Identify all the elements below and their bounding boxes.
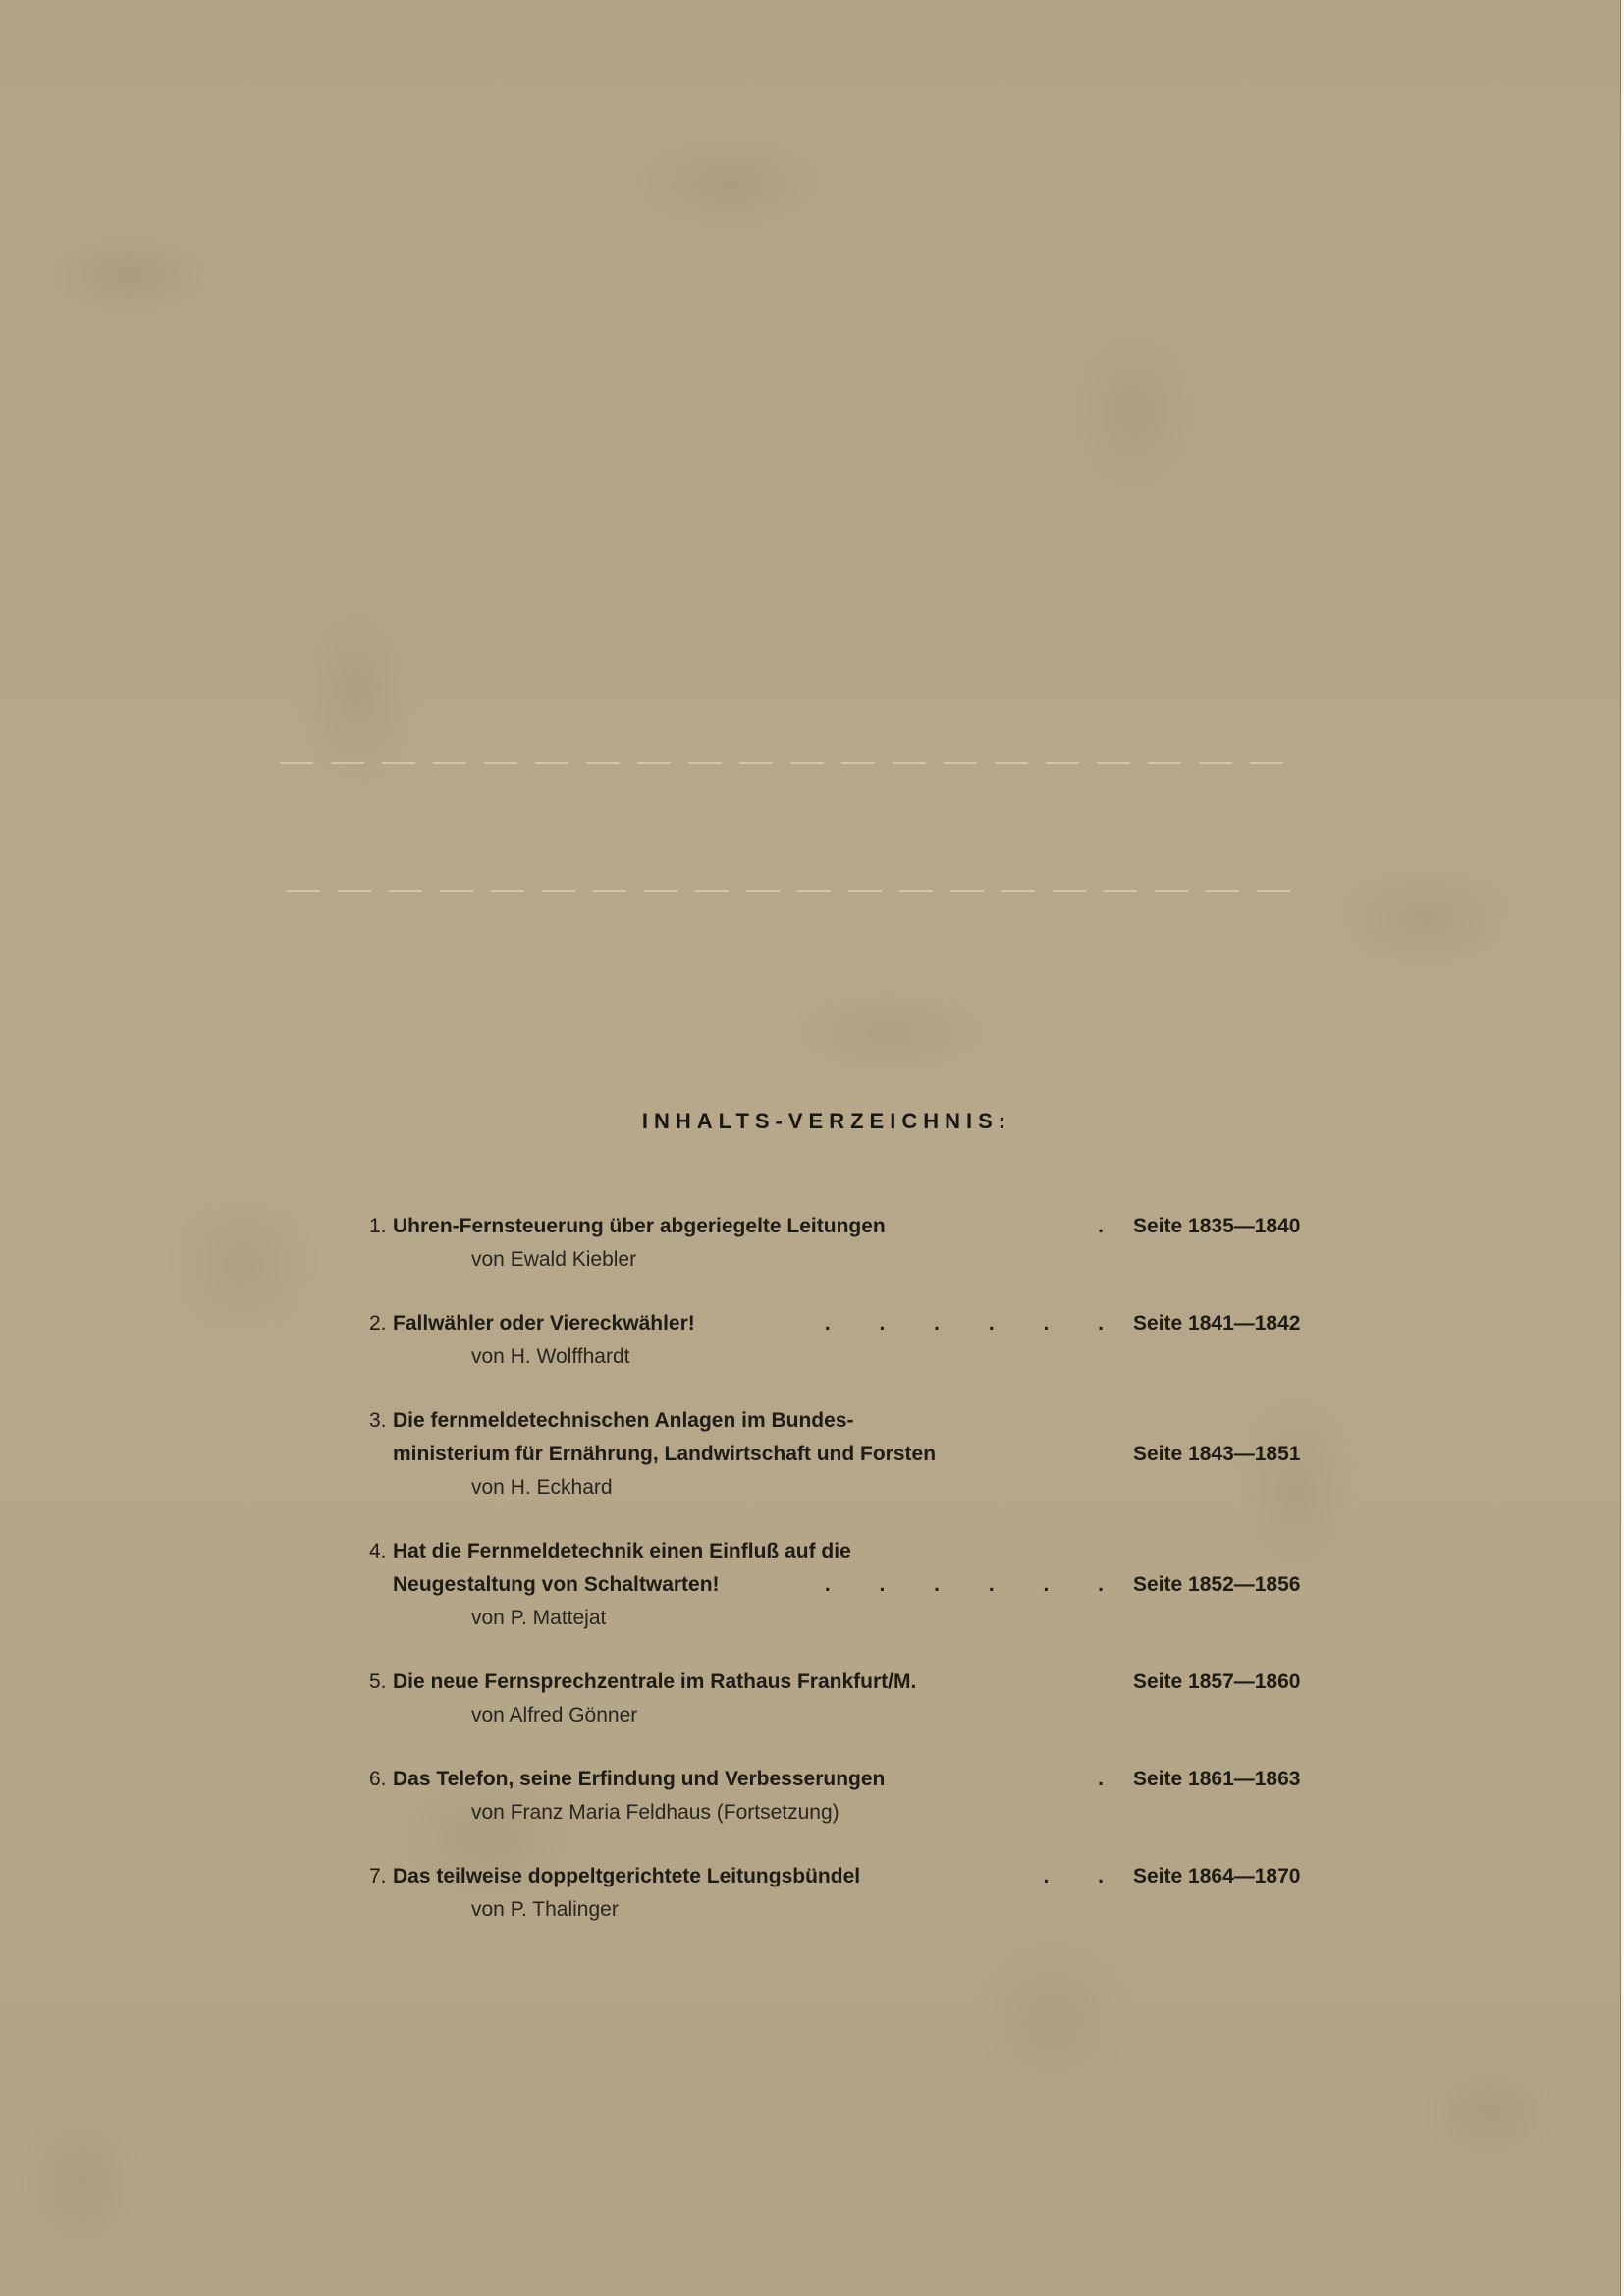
entry-author: von Franz Maria Feldhaus (Fortsetzung) xyxy=(369,1796,1351,1830)
toc-entry-line: 5.Die neue Fernsprechzentrale im Rathaus… xyxy=(369,1666,1351,1699)
entry-author: von H. Wolffhardt xyxy=(369,1340,1351,1374)
entry-title: Fallwähler oder Viereckwähler! xyxy=(393,1307,695,1340)
dot-leader: . xyxy=(886,1210,1133,1243)
toc-entry-line: ministerium für Ernährung, Landwirtschaf… xyxy=(369,1438,1351,1471)
dot-leader: . xyxy=(885,1763,1133,1796)
fold-crease xyxy=(287,890,1298,892)
entry-number: 4. xyxy=(369,1535,393,1568)
entry-number: 1. xyxy=(369,1210,393,1243)
toc-entry-line: Neugestaltung von Schaltwarten!. . . . .… xyxy=(369,1568,1351,1602)
toc-entry: 2.Fallwähler oder Viereckwähler!. . . . … xyxy=(369,1307,1351,1374)
entry-title: Das teilweise doppeltgerichtete Leitungs… xyxy=(393,1860,860,1893)
toc-entry-line: 4.Hat die Fernmeldetechnik einen Einfluß… xyxy=(369,1535,1351,1568)
entry-page-range: Seite 1852—1856 xyxy=(1133,1568,1351,1602)
entry-author: von P. Mattejat xyxy=(369,1602,1351,1635)
dot-leader: . . . . . . xyxy=(695,1307,1133,1340)
toc-entry: 1.Uhren-Fernsteuerung über abgeriegelte … xyxy=(369,1210,1351,1277)
toc-entry-line: 7.Das teilweise doppeltgerichtete Leitun… xyxy=(369,1860,1351,1893)
entry-title: Uhren-Fernsteuerung über abgeriegelte Le… xyxy=(393,1210,886,1243)
entry-title: Die fernmeldetechnischen Anlagen im Bund… xyxy=(393,1404,854,1438)
entry-page-range: Seite 1861—1863 xyxy=(1133,1763,1351,1796)
toc-entry: 7.Das teilweise doppeltgerichtete Leitun… xyxy=(369,1860,1351,1927)
entry-page-range: Seite 1857—1860 xyxy=(1133,1666,1351,1699)
entry-page-range: Seite 1843—1851 xyxy=(1133,1438,1351,1471)
entry-title: Neugestaltung von Schaltwarten! xyxy=(393,1568,720,1602)
toc-entry-line: 1.Uhren-Fernsteuerung über abgeriegelte … xyxy=(369,1210,1351,1243)
toc-entry-line: 2.Fallwähler oder Viereckwähler!. . . . … xyxy=(369,1307,1351,1340)
toc-entry-line: 3.Die fernmeldetechnischen Anlagen im Bu… xyxy=(369,1404,1351,1438)
toc-entry: 4.Hat die Fernmeldetechnik einen Einfluß… xyxy=(369,1535,1351,1635)
entry-title: Hat die Fernmeldetechnik einen Einfluß a… xyxy=(393,1535,851,1568)
entry-author: von H. Eckhard xyxy=(369,1471,1351,1504)
toc-entry: 3.Die fernmeldetechnischen Anlagen im Bu… xyxy=(369,1404,1351,1504)
entry-page-range: Seite 1835—1840 xyxy=(1133,1210,1351,1243)
entry-page-range: Seite 1864—1870 xyxy=(1133,1860,1351,1893)
dot-leader: . . xyxy=(860,1860,1133,1893)
entry-number: 3. xyxy=(369,1404,393,1438)
table-of-contents-heading: INHALTS-VERZEICHNIS: xyxy=(0,1109,1620,1134)
fold-crease xyxy=(280,762,1301,764)
toc-entry-line: 6.Das Telefon, seine Erfindung und Verbe… xyxy=(369,1763,1351,1796)
toc-entry: 5.Die neue Fernsprechzentrale im Rathaus… xyxy=(369,1666,1351,1732)
entry-number: 2. xyxy=(369,1307,393,1340)
entry-author: von Alfred Gönner xyxy=(369,1699,1351,1732)
entry-author: von Ewald Kiebler xyxy=(369,1243,1351,1277)
entry-number: 5. xyxy=(369,1666,393,1699)
entry-title: Das Telefon, seine Erfindung und Verbess… xyxy=(393,1763,885,1796)
entry-title: ministerium für Ernährung, Landwirtschaf… xyxy=(393,1438,936,1471)
entry-author: von P. Thalinger xyxy=(369,1893,1351,1927)
entry-number: 7. xyxy=(369,1860,393,1893)
entry-title: Die neue Fernsprechzentrale im Rathaus F… xyxy=(393,1666,916,1699)
entry-page-range: Seite 1841—1842 xyxy=(1133,1307,1351,1340)
paper-page: INHALTS-VERZEICHNIS: 1.Uhren-Fernsteueru… xyxy=(0,0,1621,2296)
dot-leader: . . . . . . xyxy=(720,1568,1133,1602)
toc-entry: 6.Das Telefon, seine Erfindung und Verbe… xyxy=(369,1763,1351,1830)
table-of-contents: 1.Uhren-Fernsteuerung über abgeriegelte … xyxy=(369,1210,1351,1957)
entry-number: 6. xyxy=(369,1763,393,1796)
